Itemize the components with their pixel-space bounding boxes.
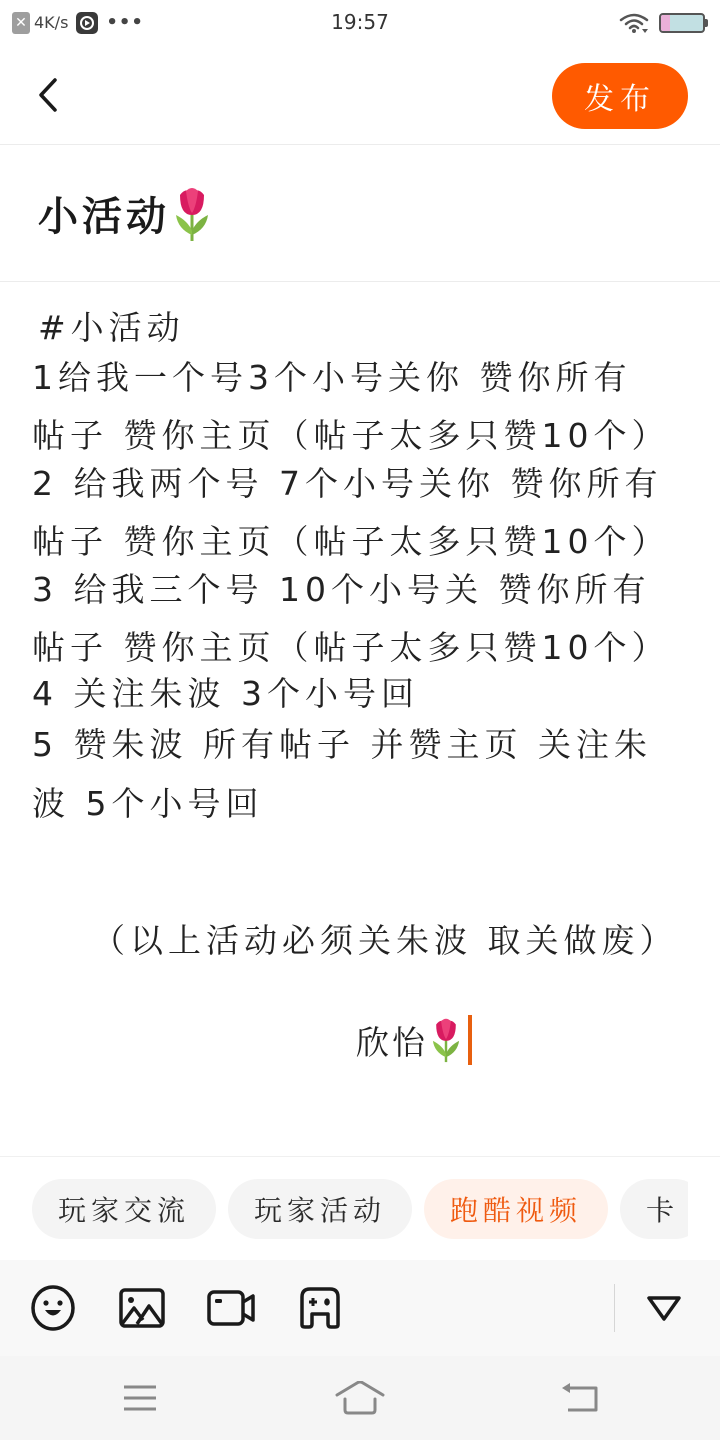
status-bar: ✕ 4K/s ••• 19:57 [0,0,720,45]
status-right [619,12,708,34]
emoji-button[interactable] [29,1284,77,1332]
battery-icon [659,13,705,33]
tulip-emoji-icon [170,185,214,243]
editor-toolbar [0,1260,720,1356]
title-field[interactable]: 小活动 [0,146,720,282]
play-circle-icon [76,12,98,34]
body-line: #小活动 [32,300,692,352]
menu-icon [122,1384,158,1412]
publish-button[interactable]: 发布 [552,63,688,129]
home-button[interactable] [335,1376,385,1420]
body-line: 波 5个小号回 [32,776,692,828]
body-line: 4 关注朱波 3个小号回 [32,668,692,720]
game-button[interactable] [296,1284,344,1332]
video-button[interactable] [207,1284,255,1332]
close-x-icon: ✕ [12,12,30,34]
back-nav-button[interactable] [555,1376,605,1420]
body-line: 2 给我两个号 7个小号关你 赞你所有 [32,458,692,514]
home-icon [335,1381,385,1415]
top-bar: 发布 [0,45,720,145]
post-title: 小活动 [38,185,170,242]
collapse-button[interactable] [640,1284,688,1332]
topic-tags-row[interactable]: 玩家交流 玩家活动 跑酷视频 卡 [32,1179,688,1239]
chevron-left-icon [35,77,61,113]
body-line: 5 赞朱波 所有帖子 并赞主页 关注朱 [32,720,692,776]
body-line: 1给我一个号3个小号关你 赞你所有 [32,352,692,408]
gamepad-icon [298,1287,342,1329]
battery-cap [705,19,708,27]
tulip-emoji-icon [428,1016,464,1064]
image-button[interactable] [118,1284,166,1332]
body-line: 3 给我三个号 10个小号关 赞你所有 [32,564,692,620]
signature-text: 欣怡 [356,1017,428,1064]
video-camera-icon [207,1290,255,1326]
wifi-icon [619,12,649,34]
post-editor-screen: ✕ 4K/s ••• 19:57 发布 [0,0,720,1440]
emoji-icon [30,1285,76,1331]
text-caret [468,1015,472,1065]
tag-player-exchange[interactable]: 玩家交流 [32,1179,216,1239]
signature: 欣怡 [356,1015,472,1065]
status-left: ✕ 4K/s ••• [12,12,144,34]
tag-parkour-video[interactable]: 跑酷视频 [424,1179,608,1239]
toolbar-divider [614,1284,615,1332]
system-nav-bar [0,1356,720,1440]
recent-apps-button[interactable] [115,1376,165,1420]
more-icon: ••• [106,12,144,33]
topic-tags-bar: 玩家交流 玩家活动 跑酷视频 卡 [0,1156,720,1260]
body-line: 帖子 赞你主页（帖子太多只赞10个） [32,408,692,458]
post-body-field[interactable]: #小活动 1给我一个号3个小号关你 赞你所有 帖子 赞你主页（帖子太多只赞10个… [32,300,692,828]
activity-note: （以上活动必须关朱波 取关做废） [92,915,678,962]
image-icon [119,1288,165,1328]
tag-player-activity[interactable]: 玩家活动 [228,1179,412,1239]
back-button[interactable] [28,75,68,115]
back-icon [560,1382,600,1414]
tag-card[interactable]: 卡 [620,1179,688,1239]
body-line: 帖子 赞你主页（帖子太多只赞10个） [32,514,692,564]
body-line: 帖子 赞你主页（帖子太多只赞10个） [32,620,692,668]
net-speed: 4K/s [34,13,68,32]
triangle-down-icon [645,1293,683,1323]
